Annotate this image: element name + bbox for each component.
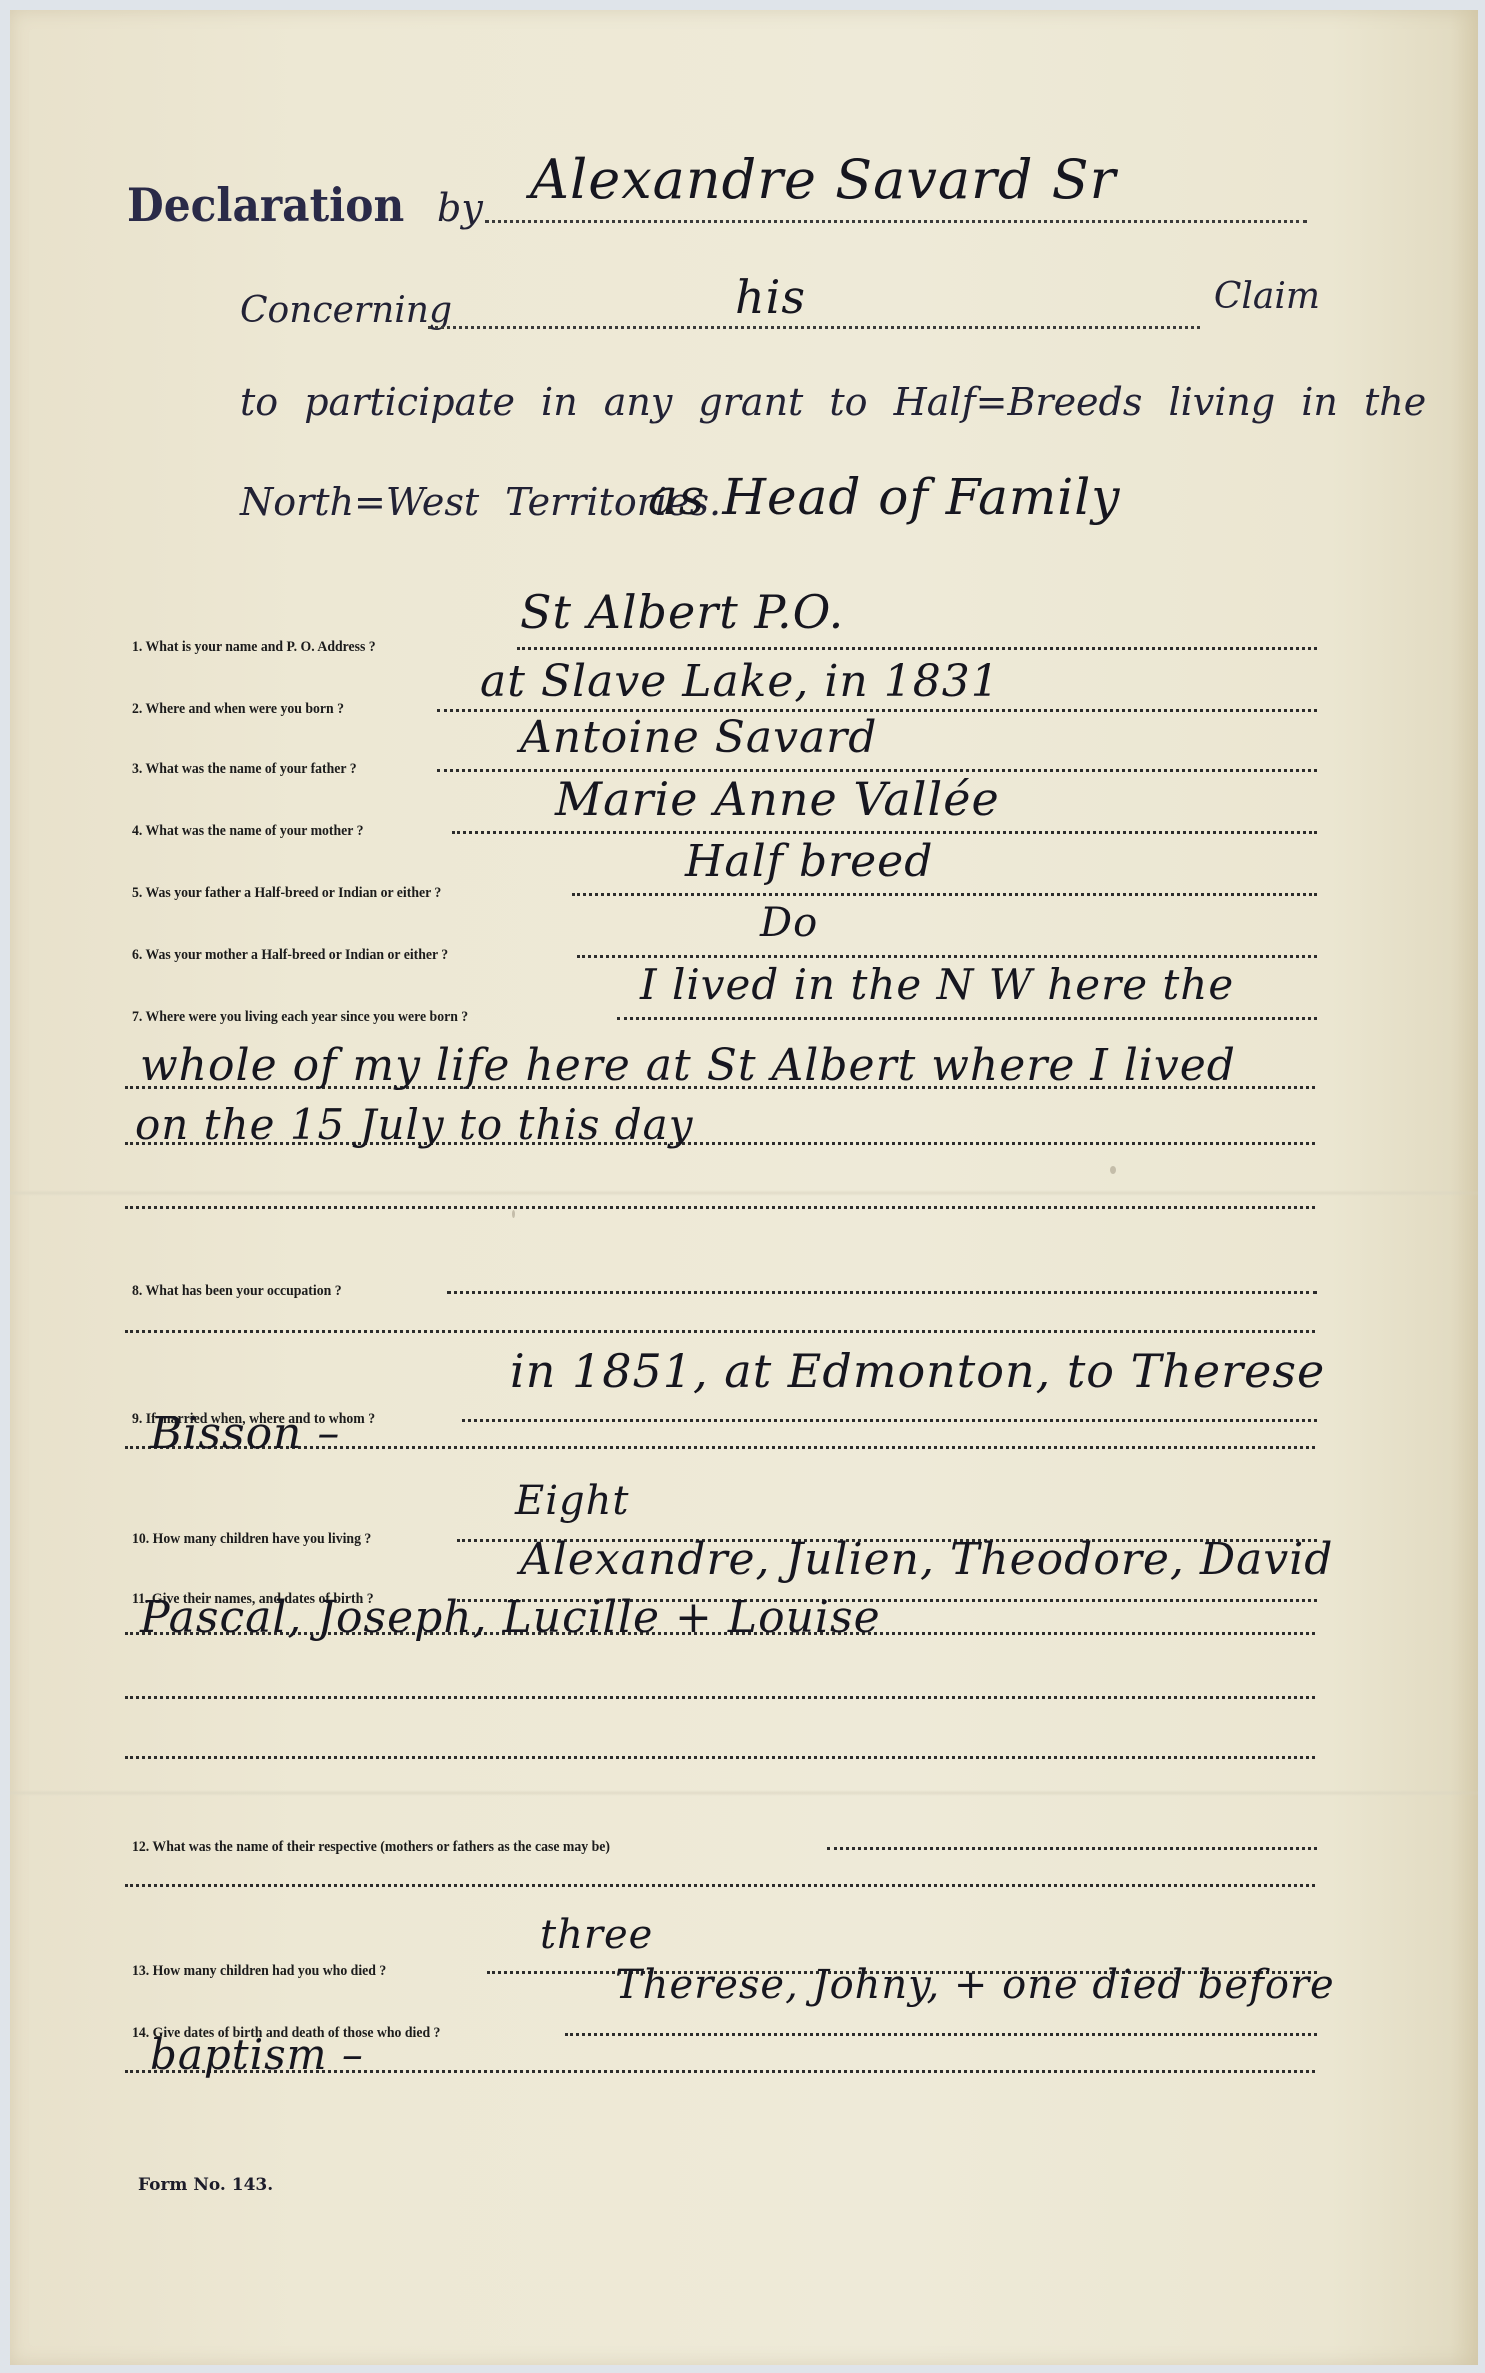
answer-line (462, 1419, 1317, 1422)
fold-crease (10, 1790, 1478, 1796)
question-4-answer: Marie Anne Vallée (555, 772, 1000, 826)
question-2-label: 2. Where and when were you born ? (132, 701, 344, 718)
question-7-answer: I lived in the N W here the (640, 960, 1234, 1009)
by-label: by (437, 186, 483, 230)
answer-line (517, 647, 1317, 650)
question-5-answer: Half breed (685, 836, 933, 887)
subtitle-line-1: to participate in any grant to Half=Bree… (240, 380, 1426, 424)
fold-crease (10, 1190, 1478, 1196)
question-8-label: 8. What has been your occupation ? (132, 1283, 342, 1300)
question-3-answer: Antoine Savard (520, 712, 877, 763)
question-2-answer: at Slave Lake, in 1831 (480, 656, 1000, 707)
declaration-heading: Declaration (127, 178, 404, 232)
answer-line (617, 1017, 1317, 1020)
answer-line (577, 955, 1317, 958)
question-12-row: 12. What was the name of their respectiv… (132, 1818, 1317, 1858)
question-7-answer-cont-2: on the 15 July to this day (135, 1100, 693, 1149)
question-6-label: 6. Was your mother a Half-breed or India… (132, 947, 448, 964)
question-4-label: 4. What was the name of your mother ? (132, 823, 364, 840)
concerning-line (428, 326, 1200, 329)
question-10-answer: Eight (515, 1478, 629, 1524)
ink-speck (1110, 1166, 1116, 1174)
question-3-label: 3. What was the name of your father ? (132, 761, 357, 778)
question-9-answer-cont-1: Bisson – (150, 1408, 340, 1459)
answer-line (565, 2033, 1317, 2036)
question-8-row: 8. What has been your occupation ? (132, 1262, 1317, 1302)
ink-speck (512, 1210, 515, 1218)
blank-answer-line (125, 1330, 1315, 1333)
concerning-row: Concerning his Claim (240, 270, 1320, 350)
question-6-answer: Do (760, 900, 818, 946)
form-number: Form No. 143. (138, 2175, 273, 2195)
blank-answer-line (125, 1884, 1315, 1887)
question-5-label: 5. Was your father a Half-breed or India… (132, 885, 441, 902)
question-1-label: 1. What is your name and P. O. Address ? (132, 639, 376, 656)
question-12-label: 12. What was the name of their respectiv… (132, 1839, 610, 1856)
answer-line (447, 1291, 1317, 1294)
question-10-label: 10. How many children have you living ? (132, 1531, 371, 1548)
question-7-label: 7. Where were you living each year since… (132, 1009, 468, 1026)
question-13-answer: three (540, 1912, 653, 1958)
answer-line (452, 831, 1317, 834)
claim-label: Claim (1214, 276, 1320, 317)
question-9-answer: in 1851, at Edmonton, to Therese (510, 1344, 1325, 1398)
blank-answer-line (125, 1756, 1315, 1759)
question-11-answer: Alexandre, Julien, Theodore, David (520, 1534, 1333, 1585)
answer-line (827, 1847, 1317, 1850)
answer-line (572, 893, 1317, 896)
question-11-answer-cont-1: Pascal, Joseph, Lucille + Louise (140, 1592, 881, 1643)
question-1-answer: St Albert P.O. (520, 585, 844, 639)
paper-edge-shading (1450, 10, 1478, 2365)
question-13-label: 13. How many children had you who died ? (132, 1963, 386, 1980)
head-of-family-note: as Head of Family (648, 468, 1121, 526)
question-14-answer: Therese, Johny, + one died before (615, 1962, 1335, 2008)
question-7-answer-cont-1: whole of my life here at St Albert where… (140, 1040, 1236, 1091)
declaration-title-row: Declaration by Alexandre Savard Sr (115, 150, 1315, 240)
blank-answer-line (125, 1696, 1315, 1699)
concerning-label: Concerning (240, 290, 452, 331)
declarant-name: Alexandre Savard Sr (530, 148, 1116, 211)
concerning-value: his (735, 270, 806, 324)
question-14-answer-cont-1: baptism – (150, 2030, 364, 2079)
declarant-name-line (485, 220, 1307, 223)
blank-answer-line (125, 1206, 1315, 1209)
